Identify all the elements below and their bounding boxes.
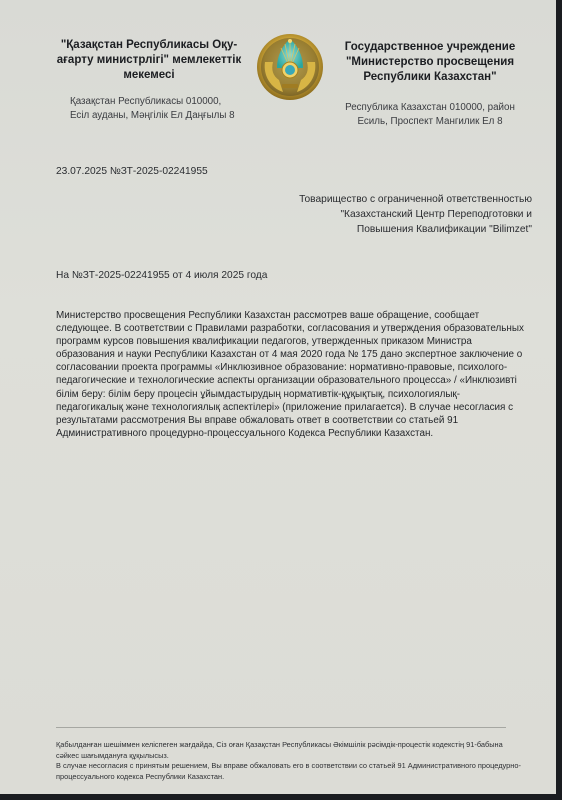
org-address-russian: Республика Казахстан 010000, район Есиль… [340, 101, 520, 129]
footer-notice-kazakh: Қабылданған шешіммен келіспеген жағдайда… [56, 740, 526, 761]
org-name-russian: Государственное учреждение "Министерство… [340, 40, 520, 85]
header-russian-block: Государственное учреждение "Министерство… [340, 40, 520, 129]
footer-notice: Қабылданған шешіммен келіспеген жағдайда… [56, 740, 526, 782]
footer-notice-russian: В случае несогласия с принятым решением,… [56, 761, 526, 782]
org-address-kazakh: Қазақстан Республикасы 010000, Есіл ауда… [56, 95, 242, 123]
state-emblem-icon [255, 32, 325, 102]
letter-body: Министерство просвещения Республики Каза… [56, 309, 526, 440]
addressee: Товарищество с ограниченной ответственно… [290, 192, 532, 237]
org-name-kazakh: "Қазақстан Республикасы Оқу-ағарту минис… [56, 38, 242, 83]
document-date-number: 23.07.2025 №ЗТ-2025-02241955 [56, 166, 208, 177]
footer-divider [56, 727, 506, 728]
reply-reference: На №ЗТ-2025-02241955 от 4 июля 2025 года [56, 270, 267, 281]
letter-page: "Қазақстан Республикасы Оқу-ағарту минис… [0, 0, 556, 794]
header-kazakh-block: "Қазақстан Республикасы Оқу-ағарту минис… [56, 38, 242, 123]
